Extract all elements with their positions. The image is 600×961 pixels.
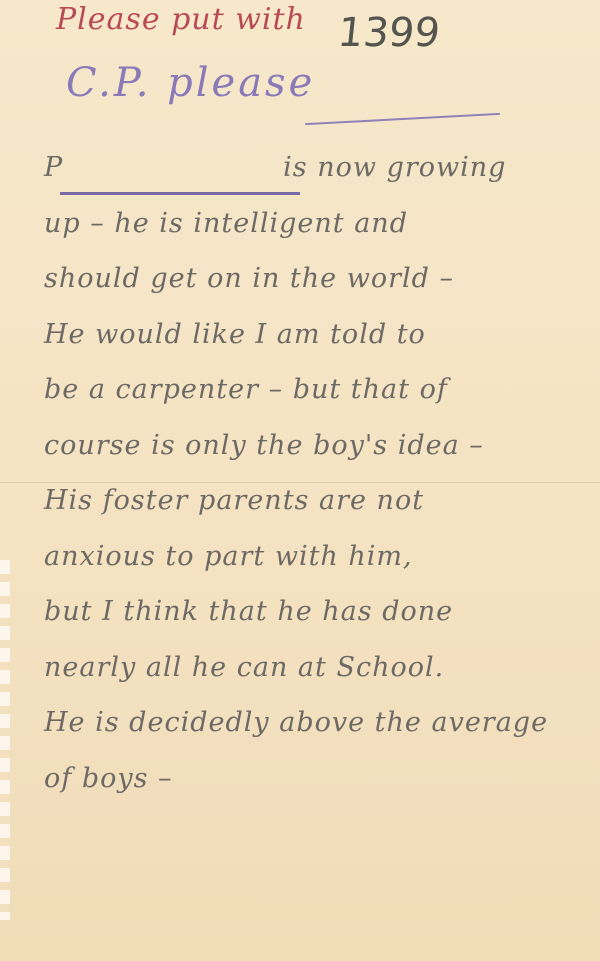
letter-line: of boys – — [44, 751, 584, 807]
letter-line: nearly all he can at School. — [44, 640, 584, 696]
redacted-name-initial: P — [44, 152, 63, 183]
letter-line: up – he is intelligent and — [44, 196, 584, 252]
letter-line: course is only the boy's idea – — [44, 418, 584, 474]
letter-body: Pis now growing up – he is intelligent a… — [44, 140, 584, 806]
letter-line: should get on in the world – — [44, 251, 584, 307]
letter-page: Please put with 1399 C.P. please Pis now… — [0, 0, 600, 961]
file-number: 1399 — [336, 10, 443, 56]
letter-line: He would like I am told to — [44, 307, 584, 363]
letter-line: His foster parents are not — [44, 473, 584, 529]
purple-underline — [305, 113, 500, 125]
letter-line: be a carpenter – but that of — [44, 362, 584, 418]
letter-line: He is decidedly above the average — [44, 695, 584, 751]
letter-line: anxious to part with him, — [44, 529, 584, 585]
red-annotation: Please put with — [56, 2, 306, 37]
letter-line: but I think that he has done — [44, 584, 584, 640]
letter-line: Pis now growing — [44, 140, 584, 196]
torn-paper-edge — [0, 560, 10, 920]
purple-annotation: C.P. please — [66, 60, 315, 106]
